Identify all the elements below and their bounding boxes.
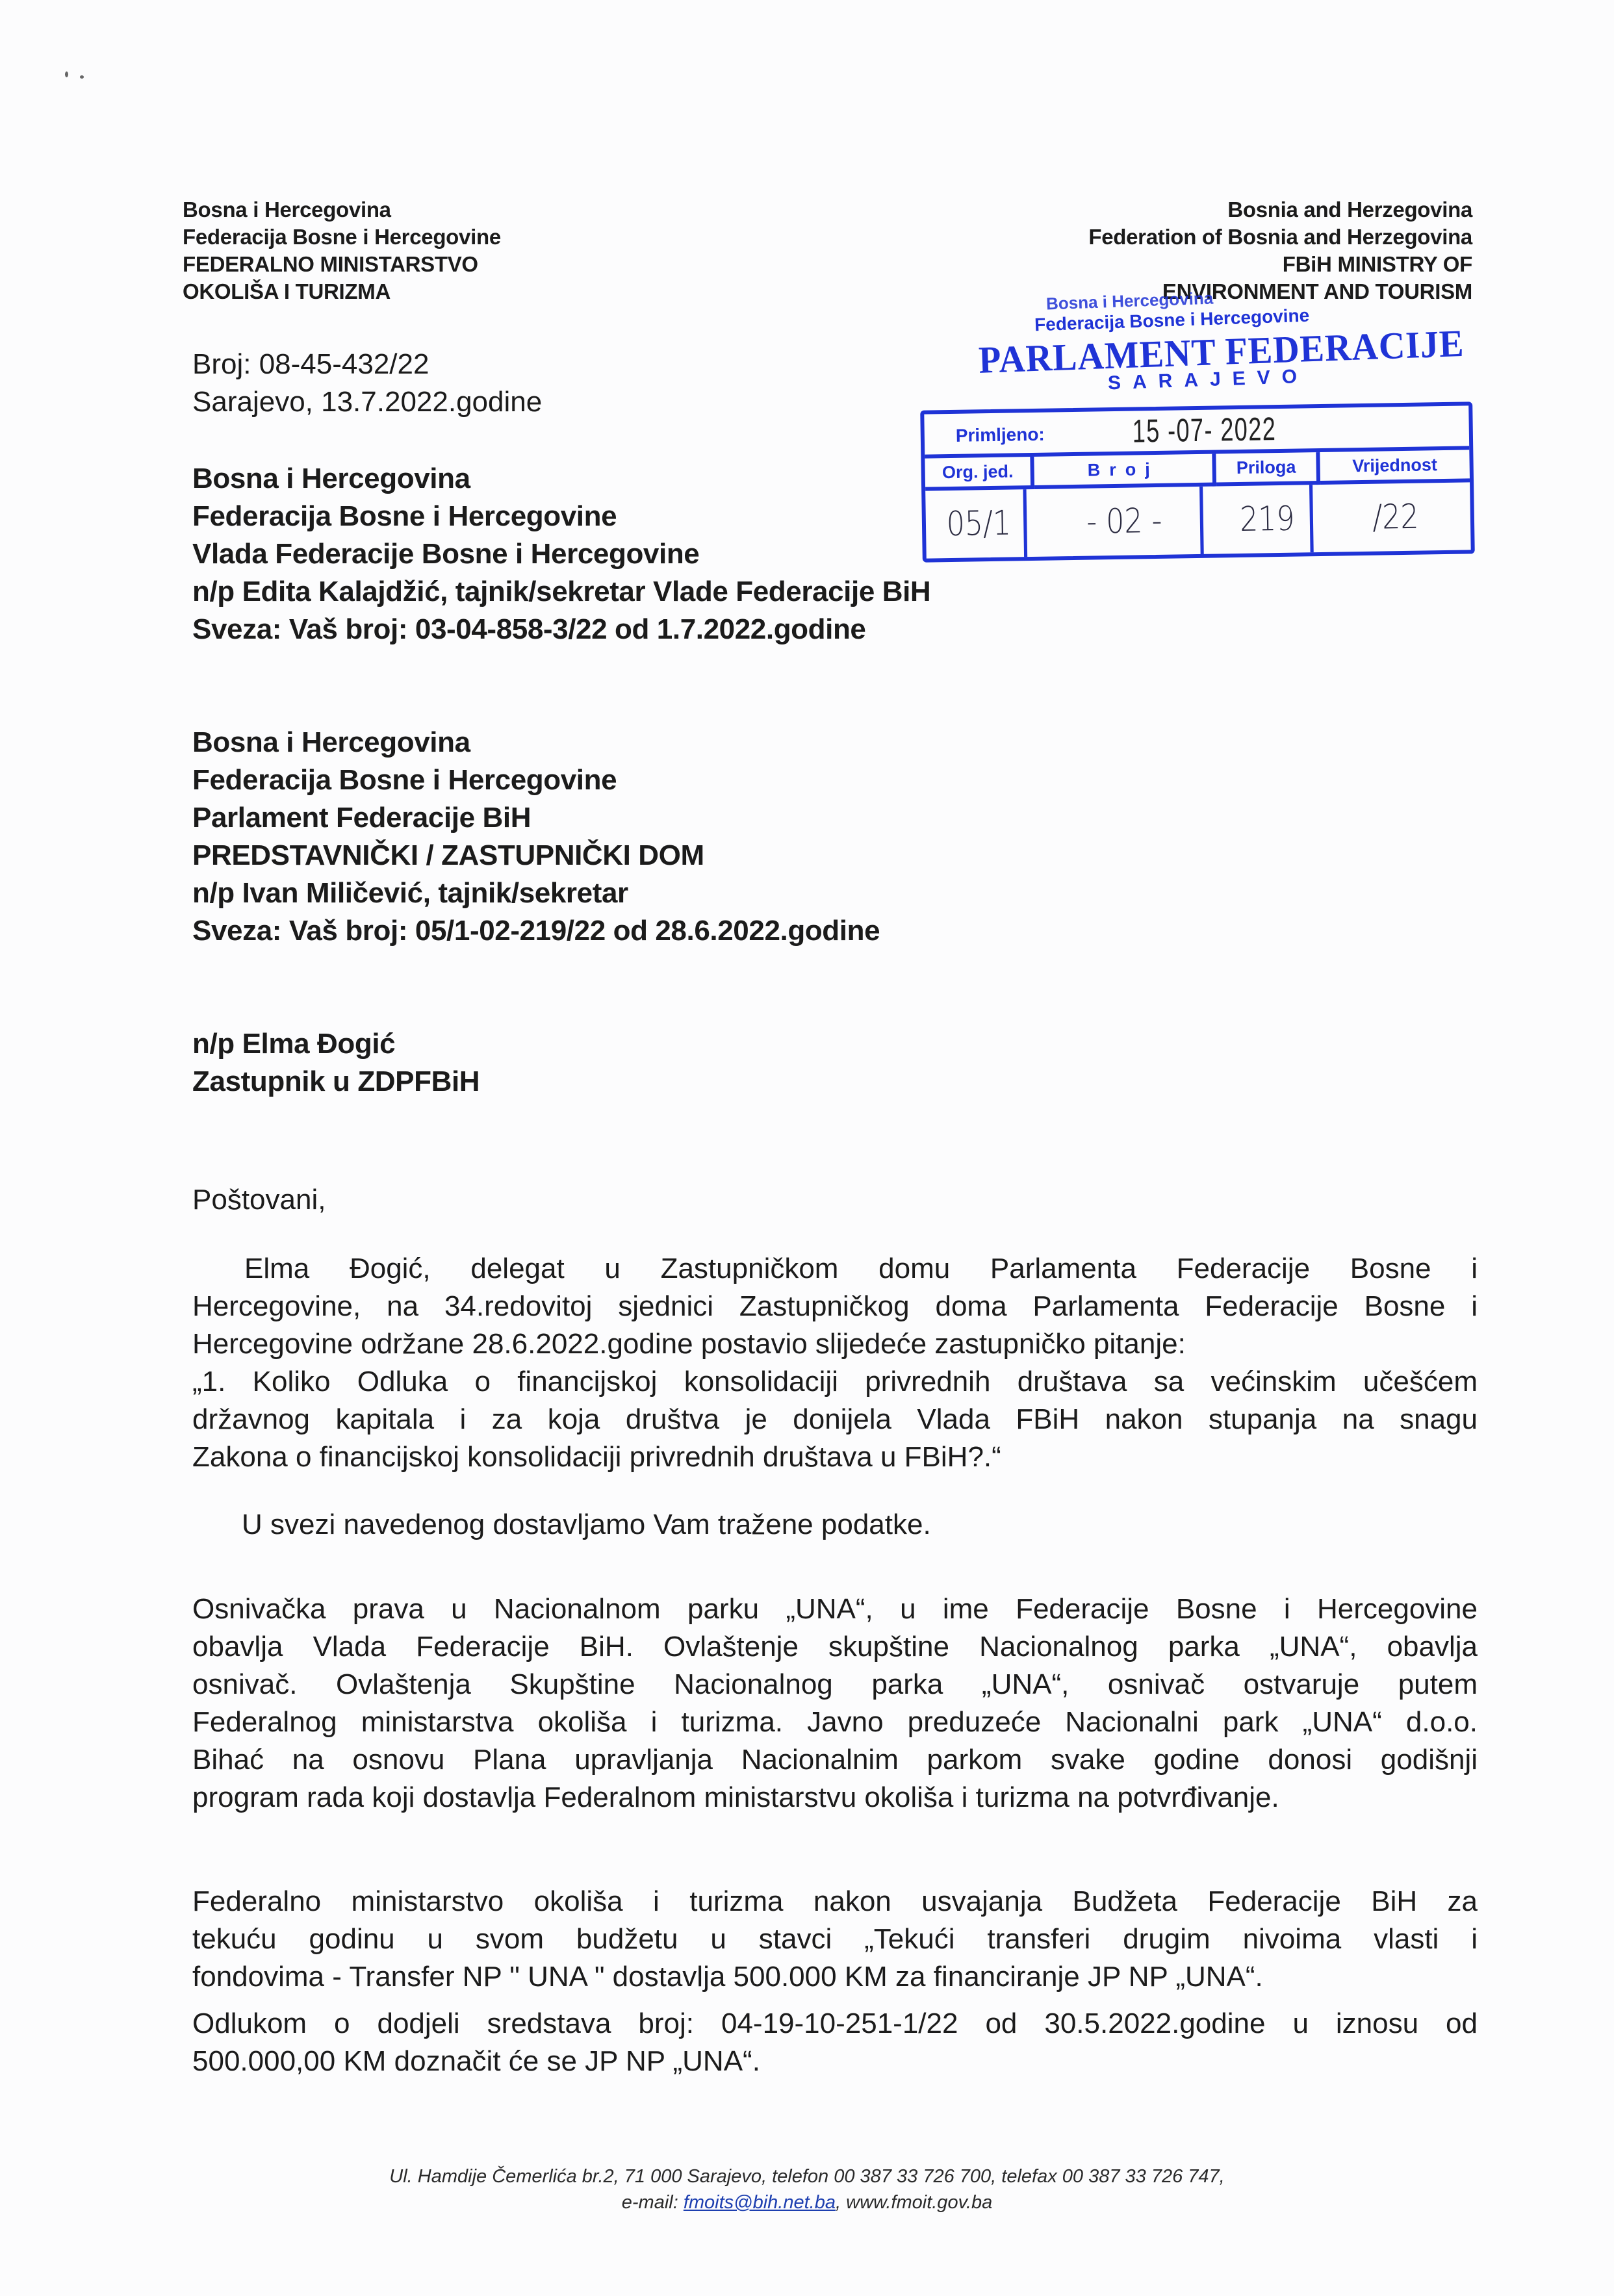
reception-stamp-box: Primljeno: 15 -07- 2022 Org. jed. Broj P… xyxy=(920,402,1475,562)
footer-address: Ul. Hamdije Čemerlića br.2, 71 000 Saraj… xyxy=(0,2163,1614,2189)
document-number: Broj: 08-45-432/22 xyxy=(192,346,542,383)
recipient-government: Bosna i Hercegovina Federacija Bosne i H… xyxy=(192,460,930,648)
paragraph-line: Elma Đogić, delegat u Zastupničkom domu … xyxy=(192,1250,1478,1288)
stamp-grid: Org. jed. Broj Priloga Vrijednost 05/1 -… xyxy=(925,450,1470,558)
letterhead-line: Federacija Bosne i Hercegovine xyxy=(183,223,501,251)
scan-specks xyxy=(62,71,101,91)
footer-email-label: e-mail: xyxy=(622,2192,684,2213)
letterhead-line: FBiH MINISTRY OF xyxy=(1088,251,1472,278)
document-date: Sarajevo, 13.7.2022.godine xyxy=(192,383,542,421)
letterhead-line: OKOLIŠA I TURIZMA xyxy=(183,278,501,305)
paragraph-line: Federalno ministarstvo okoliša i turizma… xyxy=(192,1883,1478,1920)
recipient-line: n/p Elma Đogić xyxy=(192,1025,480,1063)
paragraph-line: Bihać na osnovu Plana upravljanja Nacion… xyxy=(192,1741,1478,1779)
paragraph-line: fondovima - Transfer NP " UNA " dostavlj… xyxy=(192,1958,1478,1996)
paragraph-founding-rights: Osnivačka prava u Nacionalnom parku „UNA… xyxy=(192,1590,1478,1817)
letterhead-english: Bosnia and Herzegovina Federation of Bos… xyxy=(1088,196,1472,305)
stamp-col-number: Broj xyxy=(1034,454,1216,489)
recipient-reference: Sveza: Vaš broj: 03-04-858-3/22 od 1.7.2… xyxy=(192,611,930,648)
stamp-col-attachments: Priloga xyxy=(1216,452,1320,487)
paragraph-line: 500.000,00 KM doznačit će se JP NP „UNA“… xyxy=(192,2043,1478,2080)
stamp-val-number: - 02 - xyxy=(1048,487,1204,557)
recipient-line: Parlament Federacije BiH xyxy=(192,799,880,837)
recipient-representative: n/p Elma Đogić Zastupnik u ZDPFBiH xyxy=(192,1025,480,1101)
paragraph-line: U svezi navedenog dostavljamo Vam tražen… xyxy=(242,1506,1527,1544)
paragraph-line: Hercegovine, na 34.redovitoj sjednici Za… xyxy=(192,1288,1478,1325)
paragraph-line: Federalnog ministarstva okoliša i turizm… xyxy=(192,1703,1478,1741)
recipient-line: Bosna i Hercegovina xyxy=(192,724,880,761)
paragraph-line: program rada koji dostavlja Federalnom m… xyxy=(192,1779,1478,1817)
footer-web-line: e-mail: fmoits@bih.net.ba, www.fmoit.gov… xyxy=(0,2189,1614,2215)
recipient-line: Federacija Bosne i Hercegovine xyxy=(192,498,930,535)
letterhead-local: Bosna i Hercegovina Federacija Bosne i H… xyxy=(183,196,501,305)
recipient-line: Bosna i Hercegovina xyxy=(192,460,930,498)
stamp-val-org-unit: 05/1 xyxy=(934,489,1027,558)
paragraph-intro: U svezi navedenog dostavljamo Vam tražen… xyxy=(242,1506,1527,1544)
footer-email-link[interactable]: fmoits@bih.net.ba xyxy=(684,2192,836,2213)
recipient-house-of-representatives: Bosna i Hercegovina Federacija Bosne i H… xyxy=(192,724,880,950)
paragraph-line: državnog kapitala i za koja društva je d… xyxy=(192,1401,1478,1438)
stamp-received-label: Primljeno: xyxy=(956,424,1045,446)
paragraph-line: osnivač. Ovlaštenja Skupštine Nacionalno… xyxy=(192,1666,1478,1703)
salutation: Poštovani, xyxy=(192,1181,326,1219)
paragraph-question: Elma Đogić, delegat u Zastupničkom domu … xyxy=(192,1250,1478,1476)
letterhead-line: Federation of Bosnia and Herzegovina xyxy=(1088,223,1472,251)
stamp-received-date: 15 -07- 2022 xyxy=(1132,410,1276,450)
letterhead-line: FEDERALNO MINISTARSTVO xyxy=(183,251,501,278)
paragraph-line: Odlukom o dodjeli sredstava broj: 04-19-… xyxy=(192,2005,1478,2043)
stamp-val-attachments: 219 xyxy=(1224,485,1314,554)
paragraph-line: „1. Koliko Odluka o financijskoj konsoli… xyxy=(192,1363,1478,1401)
paragraph-line: Zakona o financijskoj konsolidaciji priv… xyxy=(192,1438,1478,1476)
stamp-val-value: /22 xyxy=(1331,483,1459,552)
document-meta: Broj: 08-45-432/22 Sarajevo, 13.7.2022.g… xyxy=(192,346,542,421)
recipient-line: Federacija Bosne i Hercegovine xyxy=(192,761,880,799)
recipient-line: Vlada Federacije Bosne i Hercegovine xyxy=(192,535,930,573)
footer-contact: Ul. Hamdije Čemerlića br.2, 71 000 Saraj… xyxy=(0,2163,1614,2215)
recipient-line: Zastupnik u ZDPFBiH xyxy=(192,1063,480,1101)
footer-website: www.fmoit.gov.ba xyxy=(846,2192,992,2213)
stamp-col-value: Vrijednost xyxy=(1320,450,1470,485)
letterhead-line: Bosnia and Herzegovina xyxy=(1088,196,1472,223)
paragraph-line: Hercegovine održane 28.6.2022.godine pos… xyxy=(192,1325,1478,1363)
recipient-reference: Sveza: Vaš broj: 05/1-02-219/22 od 28.6.… xyxy=(192,912,880,950)
recipient-line: n/p Edita Kalajdžić, tajnik/sekretar Vla… xyxy=(192,573,930,611)
recipient-line: n/p Ivan Miličević, tajnik/sekretar xyxy=(192,874,880,912)
recipient-line: PREDSTAVNIČKI / ZASTUPNIČKI DOM xyxy=(192,837,880,874)
stamp-col-org-unit: Org. jed. xyxy=(925,457,1034,491)
paragraph-line: Osnivačka prava u Nacionalnom parku „UNA… xyxy=(192,1590,1478,1628)
paragraph-line: tekuću godinu u svom budžetu u stavci „T… xyxy=(192,1920,1478,1958)
footer-separator: , xyxy=(836,2192,846,2213)
letterhead-line: Bosna i Hercegovina xyxy=(183,196,501,223)
paragraph-line: obavlja Vlada Federacije BiH. Ovlaštenje… xyxy=(192,1628,1478,1666)
paragraph-budget: Federalno ministarstvo okoliša i turizma… xyxy=(192,1883,1478,1996)
paragraph-decision: Odlukom o dodjeli sredstava broj: 04-19-… xyxy=(192,2005,1478,2080)
